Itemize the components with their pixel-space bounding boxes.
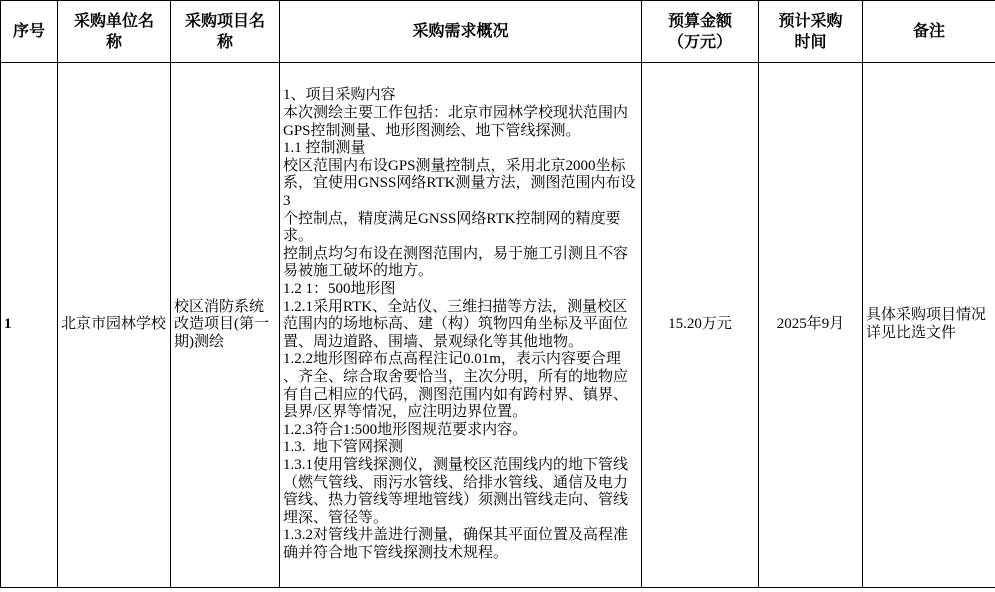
cell-project-name: 校区消防系统 改造项目(第一 期)测绘 [171, 63, 280, 588]
cell-remarks: 具体采购项目情况 详见比选文件 [863, 63, 995, 588]
document-page: 序号 采购单位名 称 采购项目名 称 采购需求概况 预算金额 （万元） 预计采购… [0, 0, 995, 592]
col-header-project-name: 采购项目名 称 [171, 1, 280, 63]
cell-requirement-overview: 1、项目采购内容 本次测绘主要工作包括：北京市园林学校现状范围内 GPS控制测量… [280, 63, 642, 588]
cell-expected-time: 2025年9月 [759, 63, 863, 588]
col-header-requirement-overview: 采购需求概况 [280, 1, 642, 63]
table-row: 1 北京市园林学校 校区消防系统 改造项目(第一 期)测绘 1、项目采购内容 本… [1, 63, 995, 588]
col-header-budget: 预算金额 （万元） [642, 1, 759, 63]
col-header-expected-time: 预计采购 时间 [759, 1, 863, 63]
col-header-seq: 序号 [1, 1, 58, 63]
col-header-remarks: 备注 [863, 1, 995, 63]
cell-unit-name: 北京市园林学校 [58, 63, 171, 588]
cell-seq-number: 1 [1, 63, 58, 588]
procurement-table: 序号 采购单位名 称 采购项目名 称 采购需求概况 预算金额 （万元） 预计采购… [0, 0, 995, 588]
col-header-unit-name: 采购单位名 称 [58, 1, 171, 63]
cell-budget-amount: 15.20万元 [642, 63, 759, 588]
header-row: 序号 采购单位名 称 采购项目名 称 采购需求概况 预算金额 （万元） 预计采购… [1, 1, 995, 63]
